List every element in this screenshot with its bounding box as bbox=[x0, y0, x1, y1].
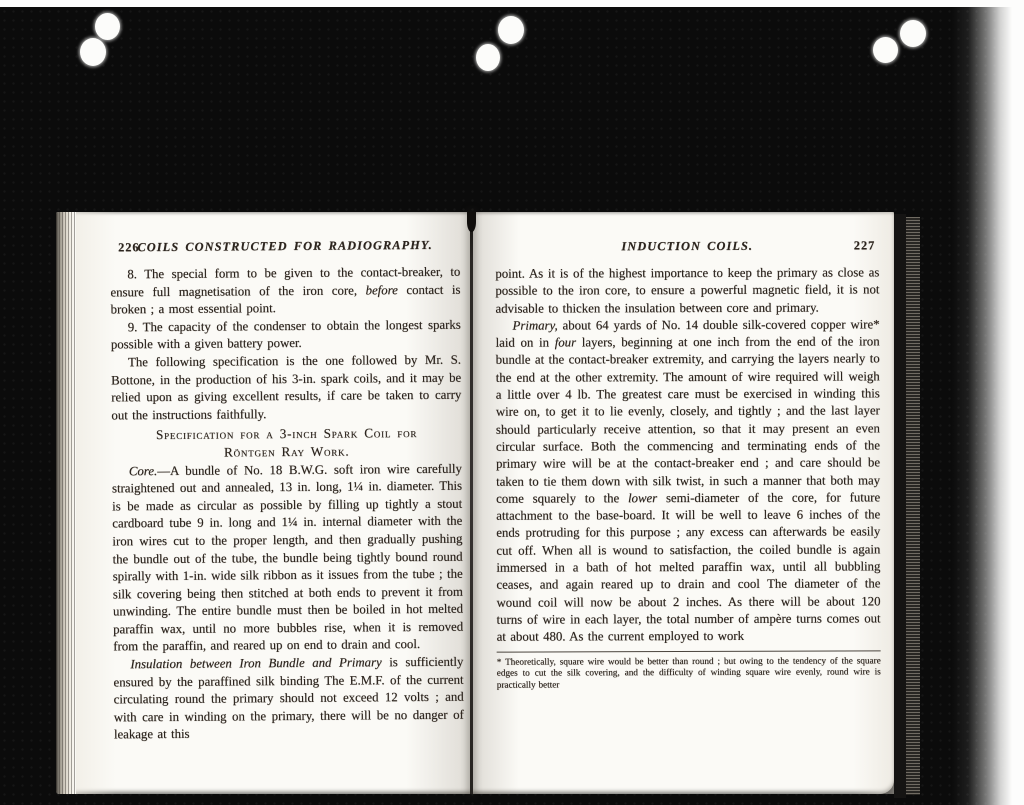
paragraph: point. As it is of the highest importanc… bbox=[495, 264, 879, 317]
paragraph: Primary, about 64 yards of No. 14 double… bbox=[495, 316, 880, 646]
paragraph: The following specification is the one f… bbox=[111, 352, 462, 425]
footnote: * Theoretically, square wire would be be… bbox=[497, 650, 881, 692]
book-cover-edge-right bbox=[894, 214, 906, 798]
punch-hole-mark bbox=[900, 20, 926, 47]
paragraph: Insulation between Iron Bundle and Prima… bbox=[113, 654, 464, 745]
page-left: 226 COILS CONSTRUCTED FOR RADIOGRAPHY. 8… bbox=[110, 237, 464, 745]
section-heading-line: Röntgen Ray Work. bbox=[112, 442, 462, 462]
running-head-title: INDUCTION COILS. bbox=[621, 239, 753, 253]
stacked-page-edges-left bbox=[56, 212, 76, 794]
running-header-right: INDUCTION COILS. 227 bbox=[495, 237, 879, 254]
section-heading-line: Specification for a 3-inch Spark Coil fo… bbox=[111, 424, 461, 444]
paragraph: 9. The capacity of the condenser to obta… bbox=[111, 316, 461, 354]
punch-hole-mark bbox=[873, 37, 898, 63]
punch-hole-mark bbox=[498, 16, 524, 44]
stacked-page-edges-right bbox=[906, 217, 920, 795]
paragraph: Core.—A bundle of No. 18 B.W.G. soft iro… bbox=[112, 460, 464, 656]
page-right: INDUCTION COILS. 227 point. As it is of … bbox=[495, 237, 881, 691]
paragraph: 8. The special form to be given to the c… bbox=[110, 264, 460, 320]
punch-hole-mark bbox=[95, 13, 120, 40]
punch-hole-mark bbox=[80, 38, 106, 66]
page-number: 227 bbox=[854, 237, 876, 254]
book-gutter-shadow bbox=[470, 212, 473, 794]
running-head-title: COILS CONSTRUCTED FOR RADIOGRAPHY. bbox=[137, 238, 432, 254]
punch-hole-mark bbox=[476, 44, 500, 71]
book-spread: 226 COILS CONSTRUCTED FOR RADIOGRAPHY. 8… bbox=[56, 212, 894, 794]
section-heading: Specification for a 3-inch Spark Coil fo… bbox=[111, 424, 461, 462]
running-header-left: 226 COILS CONSTRUCTED FOR RADIOGRAPHY. bbox=[110, 237, 460, 256]
page-number: 226 bbox=[118, 239, 140, 257]
scanned-book-photocopy: 226 COILS CONSTRUCTED FOR RADIOGRAPHY. 8… bbox=[0, 0, 1024, 805]
